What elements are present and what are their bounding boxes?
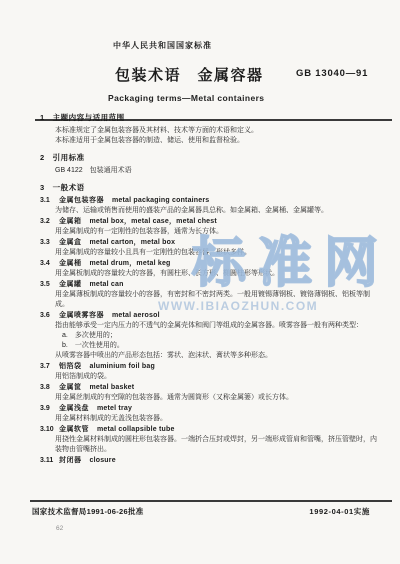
- term-head: 3.6金属喷雾容器metal aerosol: [40, 311, 380, 321]
- term-number: 3.3: [40, 238, 59, 248]
- term-chinese: 金属包装容器: [59, 197, 104, 204]
- term-definition: 用金属制成的容量较小且具有一定刚性的包装容器，形状多样。: [55, 248, 380, 258]
- term-english: metal basket: [90, 384, 135, 391]
- terms-list: 3.1金属包装容器metal packaging containers 为储存、…: [40, 196, 380, 466]
- term-english: metal can: [90, 281, 124, 288]
- term-chinese: 金属罐: [59, 281, 82, 288]
- term-chinese: 金属筐: [59, 384, 82, 391]
- section2-heading: 2 引用标准: [40, 153, 380, 163]
- term-entry: 3.3金属盒metal carton，metal box 用金属制成的容量较小且…: [40, 238, 380, 258]
- term-number: 3.11: [40, 456, 59, 466]
- term-head: 3.9金属浅盘metel tray: [40, 404, 380, 414]
- term-head: 3.10金属软管metal collapsible tube: [40, 425, 380, 435]
- implementation-date: 1992-04-01实施: [309, 506, 370, 517]
- term-head: 3.1金属包装容器metal packaging containers: [40, 196, 380, 206]
- term-entry: 3.5金属罐metal can 用金属薄板制成的容量较小的容器，有密封和不密封两…: [40, 280, 380, 310]
- term-english: closure: [90, 457, 116, 464]
- term-head: 3.4金属桶metal drum，metal keg: [40, 259, 380, 269]
- document-title: 包装术语 金属容器: [115, 64, 264, 85]
- term-english: metel tray: [97, 405, 132, 412]
- term-number: 3.4: [40, 259, 59, 269]
- term-number: 3.2: [40, 217, 59, 227]
- term-entry: 3.11封闭器closure: [40, 456, 380, 466]
- term-entry: 3.9金属浅盘metel tray 用金属材料制成的无盖浅包装容器。: [40, 404, 380, 424]
- term-definition: 用金属丝制成的有空隙的包装容器。通常为圆筒形（又称金属篓）或长方体。: [55, 393, 380, 403]
- term-subitem: b. 一次性使用的。: [62, 341, 380, 351]
- term-chinese: 封闭器: [59, 457, 82, 464]
- term-chinese: 金属桶: [59, 260, 82, 267]
- section1-paragraph: 本标准规定了金属包装容器及其材料、技术等方面的术语和定义。: [55, 126, 380, 136]
- term-english: metal drum，metal keg: [90, 260, 171, 267]
- document-page: 标准网 WWW.IBIAOZHUN.COM 中华人民共和国国家标准 包装术语 金…: [0, 0, 400, 564]
- document-body: 1 主题内容与适用范围 本标准规定了金属包装容器及其材料、技术等方面的术语和定义…: [0, 113, 400, 466]
- term-definition: 用金属板制成的容量较大的容器，有圆柱形、长方形、椭圆柱形等形状。: [55, 269, 380, 279]
- term-english: metal carton，metal box: [90, 239, 176, 246]
- term-entry: 3.4金属桶metal drum，metal keg 用金属板制成的容量较大的容…: [40, 259, 380, 279]
- document-header: 中华人民共和国国家标准 包装术语 金属容器 GB 13040—91 Packag…: [0, 40, 400, 103]
- term-head: 3.2金属箱metal box，metal case，metal chest: [40, 217, 380, 227]
- section1-heading: 1 主题内容与适用范围: [40, 113, 380, 123]
- referenced-standard: GB 4122 包装通用术语: [55, 166, 380, 176]
- term-head: 3.3金属盒metal carton，metal box: [40, 238, 380, 248]
- term-entry: 3.8金属筐metal basket 用金属丝制成的有空隙的包装容器。通常为圆筒…: [40, 383, 380, 403]
- term-english: metal packaging containers: [112, 197, 209, 204]
- term-chinese: 金属浅盘: [59, 405, 89, 412]
- term-chinese: 金属箱: [59, 218, 82, 225]
- term-definition: 为储存、运输或销售而使用的盛装产品的金属器具总称。如金属箱、金属桶、金属罐等。: [55, 206, 380, 216]
- title-row: 包装术语 金属容器 GB 13040—91: [0, 64, 400, 84]
- term-english: metal collapsible tube: [97, 426, 175, 433]
- document-footer: 国家技术监督局1991-06-26批准 1992-04-01实施: [32, 506, 370, 517]
- term-subitem: a. 多次使用的；: [62, 331, 380, 341]
- term-number: 3.7: [40, 362, 59, 372]
- footer-divider: [30, 500, 392, 502]
- term-definition: 用金属制成的有一定刚性的包装容器，通常为长方体。: [55, 227, 380, 237]
- term-chinese: 金属喷雾容器: [59, 312, 104, 319]
- term-number: 3.6: [40, 311, 59, 321]
- standard-code: GB 13040—91: [296, 68, 368, 79]
- section1-paragraph: 本标准适用于金属包装容器的制造、储运、使用和监督检验。: [55, 136, 380, 146]
- term-definition: 从喷雾容器中喷出的产品形态包括：雾状、泡沫状、膏状等多种形态。: [55, 351, 380, 361]
- term-chinese: 金属盒: [59, 239, 82, 246]
- term-definition: 用金属薄板制成的容量较小的容器，有密封和不密封两类。一般用镀锡薄钢板、镀铬薄钢板…: [55, 290, 380, 310]
- term-number: 3.10: [40, 425, 59, 435]
- term-entry: 3.1金属包装容器metal packaging containers 为储存、…: [40, 196, 380, 216]
- term-head: 3.8金属筐metal basket: [40, 383, 380, 393]
- term-number: 3.5: [40, 280, 59, 290]
- term-number: 3.8: [40, 383, 59, 393]
- term-definition: 用挠性金属材料制成的圆柱形包装容器。一端折合压封或焊封，另一端形成管肩和管嘴，挤…: [55, 435, 380, 455]
- term-definition: 指由能够承受一定内压力的不透气的金属壳体和阀门等组成的金属容器。喷雾容器一般有两…: [55, 321, 380, 331]
- term-chinese: 铝箔袋: [59, 363, 82, 370]
- term-english: metal aerosol: [112, 312, 160, 319]
- term-head: 3.11封闭器closure: [40, 456, 380, 466]
- term-number: 3.9: [40, 404, 59, 414]
- term-english: aluminium foil bag: [90, 363, 155, 370]
- page-number: 62: [56, 525, 63, 532]
- term-entry: 3.10金属软管metal collapsible tube 用挠性金属材料制成…: [40, 425, 380, 455]
- term-entry: 3.2金属箱metal box，metal case，metal chest 用…: [40, 217, 380, 237]
- term-head: 3.5金属罐metal can: [40, 280, 380, 290]
- term-entry: 3.7铝箔袋aluminium foil bag 用铝箔制成的袋。: [40, 362, 380, 382]
- standard-org-title: 中华人民共和国国家标准: [113, 40, 400, 51]
- term-head: 3.7铝箔袋aluminium foil bag: [40, 362, 380, 372]
- term-definition: 用铝箔制成的袋。: [55, 372, 380, 382]
- term-english: metal box，metal case，metal chest: [90, 218, 217, 225]
- approval-note: 国家技术监督局1991-06-26批准: [32, 506, 144, 517]
- document-subtitle-english: Packaging terms—Metal containers: [108, 93, 400, 103]
- section3-heading: 3 一般术语: [40, 183, 380, 193]
- term-definition: 用金属材料制成的无盖浅包装容器。: [55, 414, 380, 424]
- term-chinese: 金属软管: [59, 426, 89, 433]
- term-entry: 3.6金属喷雾容器metal aerosol 指由能够承受一定内压力的不透气的金…: [40, 311, 380, 361]
- term-number: 3.1: [40, 196, 59, 206]
